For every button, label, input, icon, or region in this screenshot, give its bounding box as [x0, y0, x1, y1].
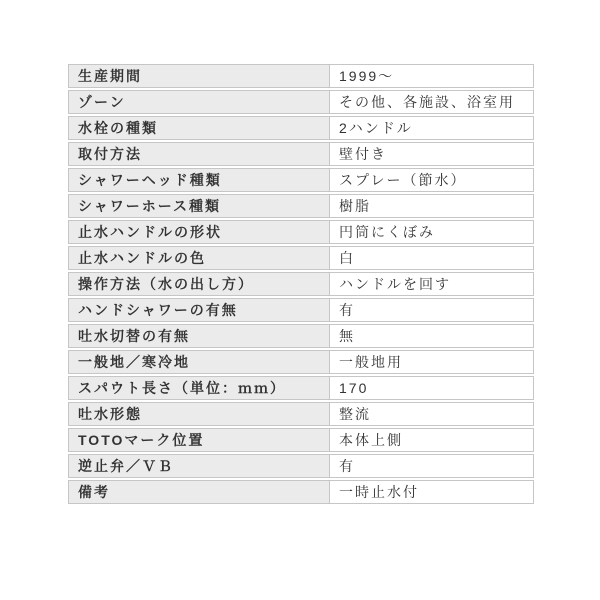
- table-row: 逆止弁／ＶＢ 有: [68, 454, 534, 478]
- spec-value: 一時止水付: [330, 480, 534, 504]
- table-row: TOTOマーク位置 本体上側: [68, 428, 534, 452]
- spec-label: 吐水形態: [68, 402, 330, 426]
- table-row: 止水ハンドルの色 白: [68, 246, 534, 270]
- spec-label: 水栓の種類: [68, 116, 330, 140]
- table-row: スパウト長さ（単位：ｍｍ） 170: [68, 376, 534, 400]
- spec-label: 止水ハンドルの色: [68, 246, 330, 270]
- spec-label: ゾーン: [68, 90, 330, 114]
- spec-label: 吐水切替の有無: [68, 324, 330, 348]
- table-row: 操作方法（水の出し方） ハンドルを回す: [68, 272, 534, 296]
- spec-label: 備考: [68, 480, 330, 504]
- table-row: シャワーホース種類 樹脂: [68, 194, 534, 218]
- table-row: ゾーン その他、各施設、浴室用: [68, 90, 534, 114]
- spec-value: 本体上側: [330, 428, 534, 452]
- page: 生産期間 1999～ ゾーン その他、各施設、浴室用 水栓の種類 2ハンドル 取…: [0, 0, 600, 600]
- spec-value: 2ハンドル: [330, 116, 534, 140]
- spec-value: 樹脂: [330, 194, 534, 218]
- spec-value: 有: [330, 298, 534, 322]
- table-row: 止水ハンドルの形状 円筒にくぼみ: [68, 220, 534, 244]
- table-row: 備考 一時止水付: [68, 480, 534, 504]
- spec-value: 一般地用: [330, 350, 534, 374]
- spec-label: 生産期間: [68, 64, 330, 88]
- spec-label: TOTOマーク位置: [68, 428, 330, 452]
- table-row: 一般地／寒冷地 一般地用: [68, 350, 534, 374]
- spec-label: スパウト長さ（単位：ｍｍ）: [68, 376, 330, 400]
- spec-value: 有: [330, 454, 534, 478]
- spec-value: 170: [330, 376, 534, 400]
- spec-value: 1999～: [330, 64, 534, 88]
- table-row: 水栓の種類 2ハンドル: [68, 116, 534, 140]
- spec-value: その他、各施設、浴室用: [330, 90, 534, 114]
- table-row: ハンドシャワーの有無 有: [68, 298, 534, 322]
- table-row: シャワーヘッド種類 スプレー（節水）: [68, 168, 534, 192]
- spec-value: ハンドルを回す: [330, 272, 534, 296]
- spec-label: 逆止弁／ＶＢ: [68, 454, 330, 478]
- spec-label: 操作方法（水の出し方）: [68, 272, 330, 296]
- table-row: 吐水形態 整流: [68, 402, 534, 426]
- spec-value: スプレー（節水）: [330, 168, 534, 192]
- table-row: 生産期間 1999～: [68, 64, 534, 88]
- spec-label: 止水ハンドルの形状: [68, 220, 330, 244]
- table-row: 取付方法 壁付き: [68, 142, 534, 166]
- spec-label: ハンドシャワーの有無: [68, 298, 330, 322]
- spec-value: 整流: [330, 402, 534, 426]
- spec-value: 壁付き: [330, 142, 534, 166]
- spec-label: 一般地／寒冷地: [68, 350, 330, 374]
- spec-label: シャワーヘッド種類: [68, 168, 330, 192]
- spec-label: シャワーホース種類: [68, 194, 330, 218]
- spec-value: 無: [330, 324, 534, 348]
- spec-table: 生産期間 1999～ ゾーン その他、各施設、浴室用 水栓の種類 2ハンドル 取…: [68, 62, 534, 506]
- spec-value: 円筒にくぼみ: [330, 220, 534, 244]
- table-row: 吐水切替の有無 無: [68, 324, 534, 348]
- spec-label: 取付方法: [68, 142, 330, 166]
- spec-table-body: 生産期間 1999～ ゾーン その他、各施設、浴室用 水栓の種類 2ハンドル 取…: [68, 64, 534, 504]
- spec-value: 白: [330, 246, 534, 270]
